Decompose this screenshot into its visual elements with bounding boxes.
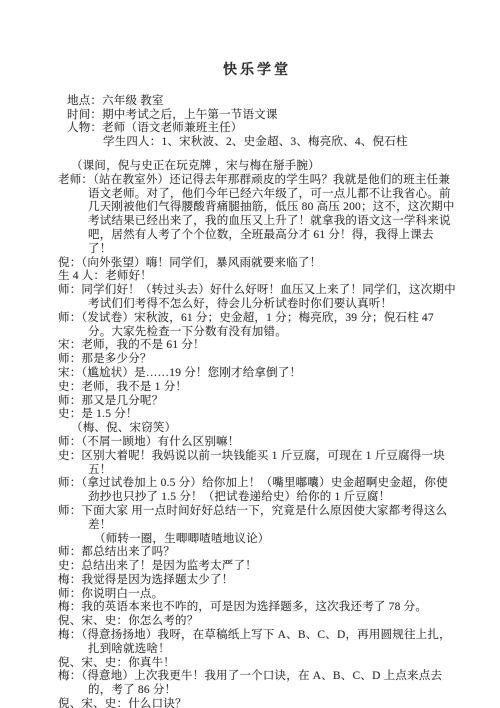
meta-label: 人物： [67, 122, 102, 134]
line-text: 那是多少分？ [81, 353, 151, 365]
speaker-label: 师： [58, 395, 81, 407]
speaker-label: 梅： [58, 574, 81, 586]
script-line: （课间，倪与史正在玩克牌 ，宋与梅在掰手腕） [58, 160, 456, 174]
document-page: 快乐学堂 地点：六年级 教室 时间：期中考试之后，上午第一节语文课 人物：老师（… [0, 0, 500, 708]
line-text: 区别大着呢！我妈说以前一块钱能买 1 斤豆腐，可现在 1 斤豆腐得一块五！ [81, 450, 445, 476]
line-text: （得意地）上次我更牛！我用了一个口诀，在 A、B、C、D 上点来点去的，考了 8… [81, 670, 442, 696]
script-line: 师：（发试卷）宋秋波，61 分；史金超，1 分；梅亮欣，39 分；倪石柱 47 … [58, 312, 456, 340]
script-line: （梅、倪、宋窃笑） [58, 422, 456, 436]
meta-block: 地点：六年级 教室 时间：期中考试之后，上午第一节语文课 人物：老师（语文老师兼… [67, 95, 456, 150]
line-text: 我觉得是因为选择题太少了！ [81, 574, 233, 586]
line-text: （梅、倪、宋窃笑） [71, 422, 176, 434]
script-body: （课间，倪与史正在玩克牌 ，宋与梅在掰手腕） 老师：（站在教室外）还记得去年那群… [58, 160, 456, 708]
line-text: （向外张望）嗨！同学们，暴风雨就要来临了！ [81, 257, 321, 269]
script-line: 师：同学们好！（转过头去）好什么好呀！血压又上来了！同学们，这次期中考试们们考得… [58, 284, 456, 312]
meta-line: 人物：老师（语文老师兼班主任） [67, 122, 456, 136]
speaker-label: 师： [58, 546, 81, 558]
speaker-label: 史： [58, 560, 81, 572]
speaker-label: 史： [58, 450, 81, 462]
script-line: 师：（不屑一顾地）有什么区别嘛！ [58, 436, 456, 450]
speaker-label: 老师： [58, 174, 93, 186]
speaker-label: 宋： [58, 367, 81, 379]
speaker-label: 梅： [58, 670, 81, 682]
script-line: 宋：老师，我的不是 61 分！ [58, 339, 456, 353]
meta-line: 学生四人：1、宋秋波、2、史金超、3、梅亮欣、4、倪石柱 [67, 136, 456, 150]
line-text: （不屑一顾地）有什么区别嘛！ [81, 436, 239, 448]
script-line: 史：总结出来了！是因为监考太严了！ [58, 560, 456, 574]
script-line: 史：是 1.5 分！ [58, 408, 456, 422]
script-line: 史：区别大着呢！我妈说以前一块钱能买 1 斤豆腐，可现在 1 斤豆腐得一块五！ [58, 450, 456, 478]
script-line: 生 4 人：老师好！ [58, 270, 456, 284]
line-text: 老师，我的不是 61 分！ [81, 339, 204, 351]
script-line: 倪、宋、史：你真牛！ [58, 657, 456, 671]
script-line: 倪：（向外张望）嗨！同学们，暴风雨就要来临了！ [58, 257, 456, 271]
script-line: （师转一圈，生唧唧喳喳地议论） [58, 533, 456, 547]
line-text: （尴尬状）是……19 分！您刚才给拿倒了！ [81, 367, 301, 379]
script-line: 师：那又是几分呢？ [58, 395, 456, 409]
script-line: 师：（拿过试卷加上 0.5 分）给你加上！（嘴里嘟囔）史金超啊史金超，你使劲抄也… [58, 477, 456, 505]
line-text: （课间，倪与史正在玩克牌 ，宋与梅在掰手腕） [71, 160, 320, 172]
line-text: 那又是几分呢？ [81, 395, 163, 407]
page-title: 快乐学堂 [58, 64, 456, 78]
script-line: 梅：我的英语本来也不咋的，可是因为选择题多，这次我还考了 78 分。 [58, 601, 456, 615]
speaker-label: 倪： [58, 257, 81, 269]
speaker-label: 梅： [58, 601, 81, 613]
speaker-label: 师： [58, 284, 81, 296]
meta-line: 时间：期中考试之后，上午第一节语文课 [67, 109, 456, 123]
line-text: 老师，我不是 1 分！ [81, 381, 187, 393]
script-line: 史：老师，我不是 1 分！ [58, 381, 456, 395]
speaker-label: 师： [58, 312, 81, 324]
script-line: 师：下面大家 用一点时间好好总结一下，究竟是什么原因使大家都考得这么差！ [58, 505, 456, 533]
line-text: 都总结出来了吗？ [81, 546, 175, 558]
line-text: 总结出来了！是因为监考太严了！ [81, 560, 257, 572]
script-line: 师：你说明白一点。 [58, 588, 456, 602]
line-text: 我的英语本来也不咋的，可是因为选择题多，这次我还考了 78 分。 [81, 601, 427, 613]
line-text: （拿过试卷加上 0.5 分）给你加上！（嘴里嘟囔）史金超啊史金超，你使劲抄也只抄… [81, 477, 447, 503]
line-text: 你真牛！ [128, 657, 175, 669]
meta-text: 老师（语文老师兼班主任） [102, 122, 242, 134]
meta-text: 六年级 教室 [102, 95, 164, 107]
line-text: 同学们好！（转过头去）好什么好呀！血压又上来了！同学们，这次期中考试们们考得不怎… [81, 284, 455, 310]
speaker-label: 倪、宋、史： [58, 698, 128, 708]
line-text: 是 1.5 分！ [81, 408, 137, 420]
script-line: 梅：（得意地）上次我更牛！我用了一个口诀，在 A、B、C、D 上点来点去的，考了… [58, 670, 456, 698]
meta-label: 地点： [67, 95, 102, 107]
script-line: 师：都总结出来了吗？ [58, 546, 456, 560]
script-line: 师：那是多少分？ [58, 353, 456, 367]
line-text: 下面大家 用一点时间好好总结一下，究竟是什么原因使大家都考得这么差！ [81, 505, 447, 531]
speaker-label: 梅： [58, 629, 81, 641]
script-line: 梅：我觉得是因为选择题太少了！ [58, 574, 456, 588]
speaker-label: 师： [58, 505, 81, 517]
script-line: 梅：（得意扬扬地）我呀，在草稿纸上写下 A、B、C、D，再用圆规往上扎，扎到啥就… [58, 629, 456, 657]
line-text: （师转一圈，生唧唧喳喳地议论） [94, 533, 270, 545]
script-line: 宋：（尴尬状）是……19 分！您刚才给拿倒了！ [58, 367, 456, 381]
line-text: 你说明白一点。 [81, 588, 163, 600]
meta-text: 期中考试之后，上午第一节语文课 [102, 109, 278, 121]
speaker-label: 师： [58, 436, 81, 448]
speaker-label: 倪、宋、史： [58, 615, 128, 627]
meta-text: 学生四人：1、宋秋波、2、史金超、3、梅亮欣、4、倪石柱 [103, 136, 408, 148]
line-text: （站在教室外）还记得去年那群顽皮的学生吗？我就是他们的班主任兼语文老师。对了，他… [88, 174, 455, 255]
speaker-label: 宋： [58, 339, 81, 351]
script-line: 老师：（站在教室外）还记得去年那群顽皮的学生吗？我就是他们的班主任兼语文老师。对… [58, 174, 456, 257]
meta-line: 地点：六年级 教室 [67, 95, 456, 109]
speaker-label: 师： [58, 353, 81, 365]
line-text: （发试卷）宋秋波，61 分；史金超，1 分；梅亮欣，39 分；倪石柱 47 分。… [81, 312, 433, 338]
line-text: 老师好！ [105, 270, 152, 282]
speaker-label: 师： [58, 477, 81, 489]
speaker-label: 史： [58, 408, 81, 420]
line-text: 什么口诀？ [128, 698, 187, 708]
speaker-label: 倪、宋、史： [58, 657, 128, 669]
speaker-label: 师： [58, 588, 81, 600]
script-line: 倪、宋、史：你怎么考的？ [58, 615, 456, 629]
speaker-label: 生 4 人： [58, 270, 105, 282]
line-text: 你怎么考的？ [128, 615, 198, 627]
meta-label: 时间： [67, 109, 102, 121]
speaker-label: 史： [58, 381, 81, 393]
line-text: （得意扬扬地）我呀，在草稿纸上写下 A、B、C、D，再用圆规往上扎，扎到啥就选啥… [81, 629, 450, 655]
script-line: 倪、宋、史：什么口诀？ [58, 698, 456, 708]
